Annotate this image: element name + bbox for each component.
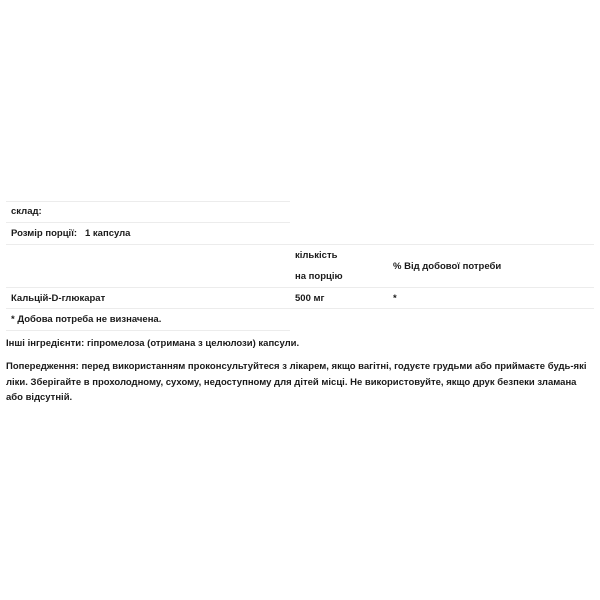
serving-size-label: Розмір порції: (11, 228, 77, 239)
ingredient-amount: 500 мг (295, 293, 324, 304)
divider (6, 330, 290, 331)
divider (6, 222, 290, 223)
daily-value-header: % Від добової потреби (393, 261, 501, 272)
amount-header-line2: на порцію (295, 271, 343, 282)
ingredient-daily-value: * (393, 293, 397, 304)
divider (6, 244, 594, 245)
divider (6, 287, 594, 288)
divider (6, 308, 594, 309)
other-ingredients: Інші інгредієнти: гіпромелоза (отримана … (6, 336, 596, 352)
divider (6, 201, 290, 202)
ingredient-name: Кальцій-D-глюкарат (11, 293, 105, 304)
serving-size-value: 1 капсула (85, 228, 130, 239)
table-footnote: * Добова потреба не визначена. (11, 314, 161, 325)
composition-heading: склад: (11, 206, 42, 217)
amount-header-line1: кількість (295, 250, 337, 261)
warning-text: Попередження: перед використанням прокон… (6, 359, 596, 406)
